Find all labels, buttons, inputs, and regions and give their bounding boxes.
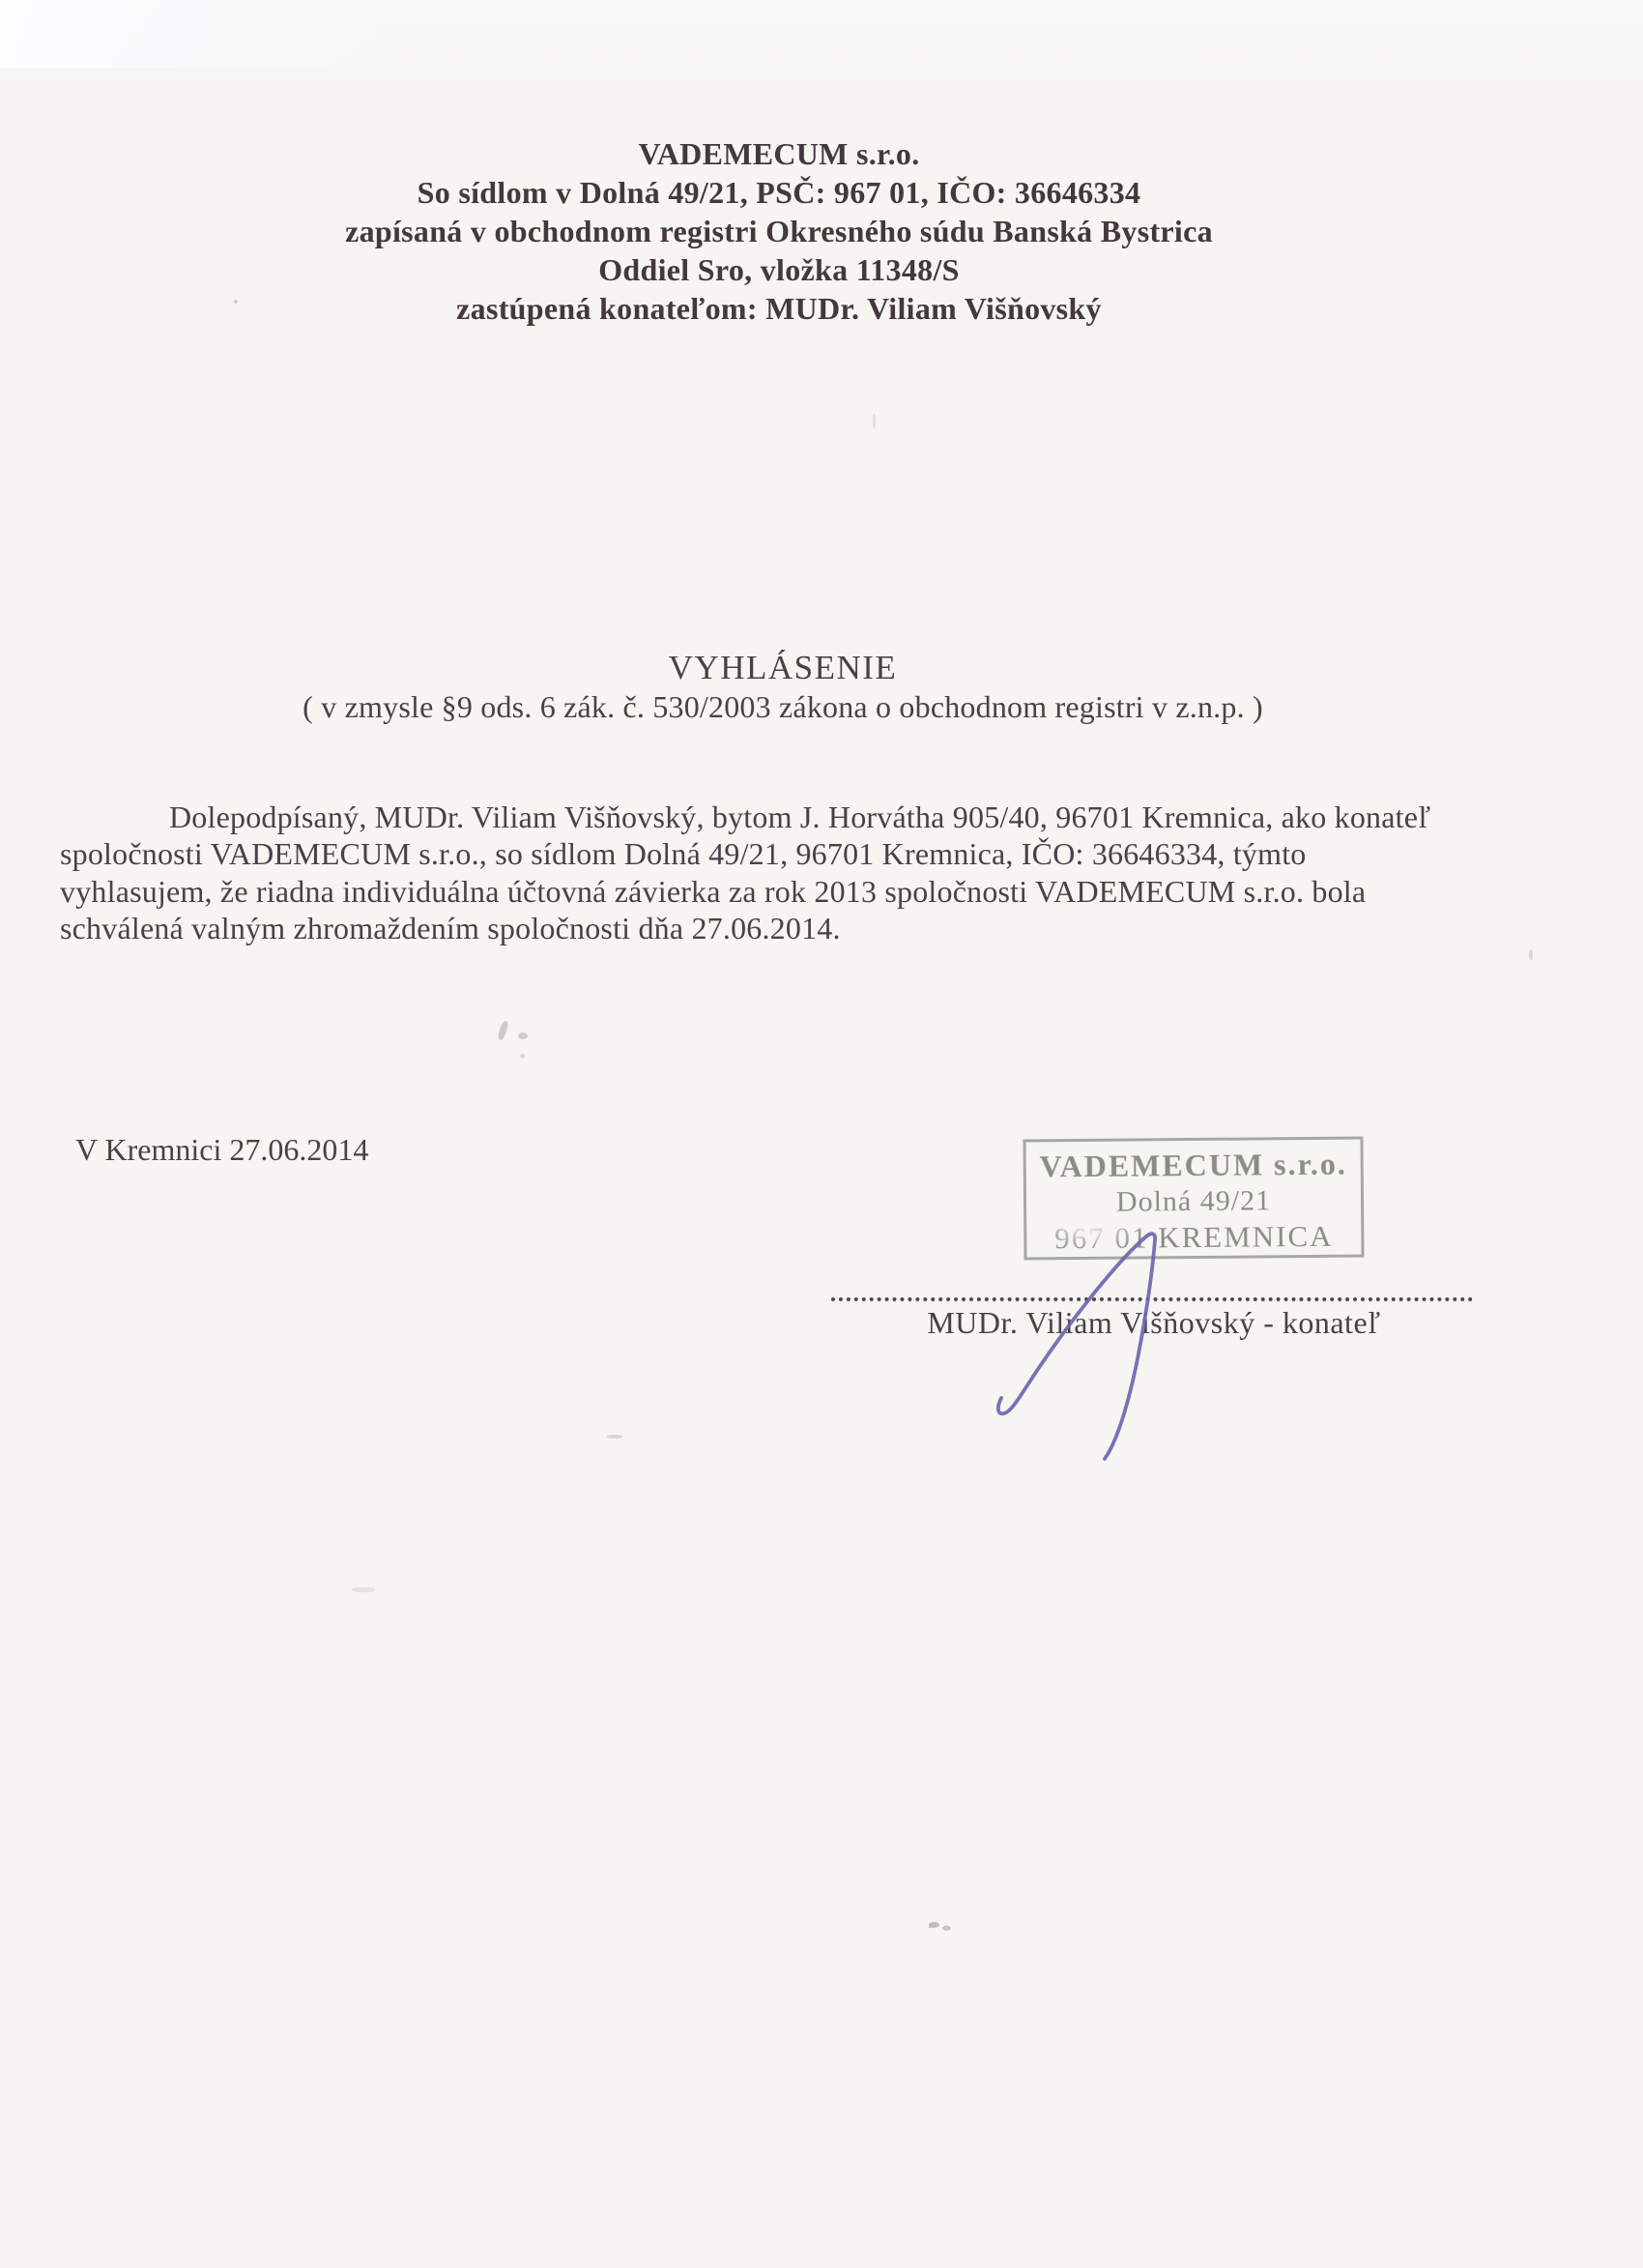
company-stamp: VADEMECUM s.r.o. Dolná 49/21 967 01 KREM… [1023,1136,1364,1260]
scanned-document-page: VADEMECUM s.r.o. So sídlom v Dolná 49/21… [0,0,1643,2268]
stamp-ink-fade [1032,1209,1148,1251]
scan-artifact [234,300,238,304]
letterhead-company-line: VADEMECUM s.r.o. [0,134,1558,173]
scan-artifact [518,1032,528,1039]
scan-artifact [497,1020,509,1040]
paragraph-line: schválená valným zhromaždením spoločnost… [60,910,1500,946]
scan-artifact [942,1926,951,1931]
declaration-paragraph: Dolepodpísaný, MUDr. Viliam Višňovský, b… [60,799,1500,947]
stamp-company-name: VADEMECUM s.r.o. [1026,1146,1361,1184]
scan-artifact [607,1435,622,1439]
scan-artifact [1529,949,1533,960]
letterhead: VADEMECUM s.r.o. So sídlom v Dolná 49/21… [0,134,1558,328]
document-title: VYHLÁSENIE [0,649,1566,687]
scan-artifact [873,414,876,429]
letterhead-section-line: Oddiel Sro, vložka 11348/S [0,250,1558,289]
signature-dotted-line [831,1297,1473,1301]
signee-name-line: MUDr. Viliam Višňovský - konateľ [829,1305,1479,1341]
letterhead-representative-line: zastúpená konateľom: MUDr. Viliam Višňov… [0,289,1558,328]
paragraph-line: vyhlasujem, že riadna individuálna účtov… [60,873,1500,910]
document-subtitle: ( v zmysle §9 ods. 6 zák. č. 530/2003 zá… [0,687,1566,726]
scan-artifact [520,1054,525,1059]
letterhead-address-line: So sídlom v Dolná 49/21, PSČ: 967 01, IČ… [0,173,1558,212]
letterhead-registry-line: zapísaná v obchodnom registri Okresného … [0,212,1558,250]
paragraph-line: Dolepodpísaný, MUDr. Viliam Višňovský, b… [60,799,1500,835]
scan-artifact [929,1922,939,1928]
paragraph-line: spoločnosti VADEMECUM s.r.o., so sídlom … [60,835,1500,872]
place-and-date-line: V Kremnici 27.06.2014 [75,1132,368,1168]
scanner-edge-wash [0,0,541,68]
title-block: VYHLÁSENIE ( v zmysle §9 ods. 6 zák. č. … [0,649,1566,726]
scan-artifact [352,1587,375,1592]
